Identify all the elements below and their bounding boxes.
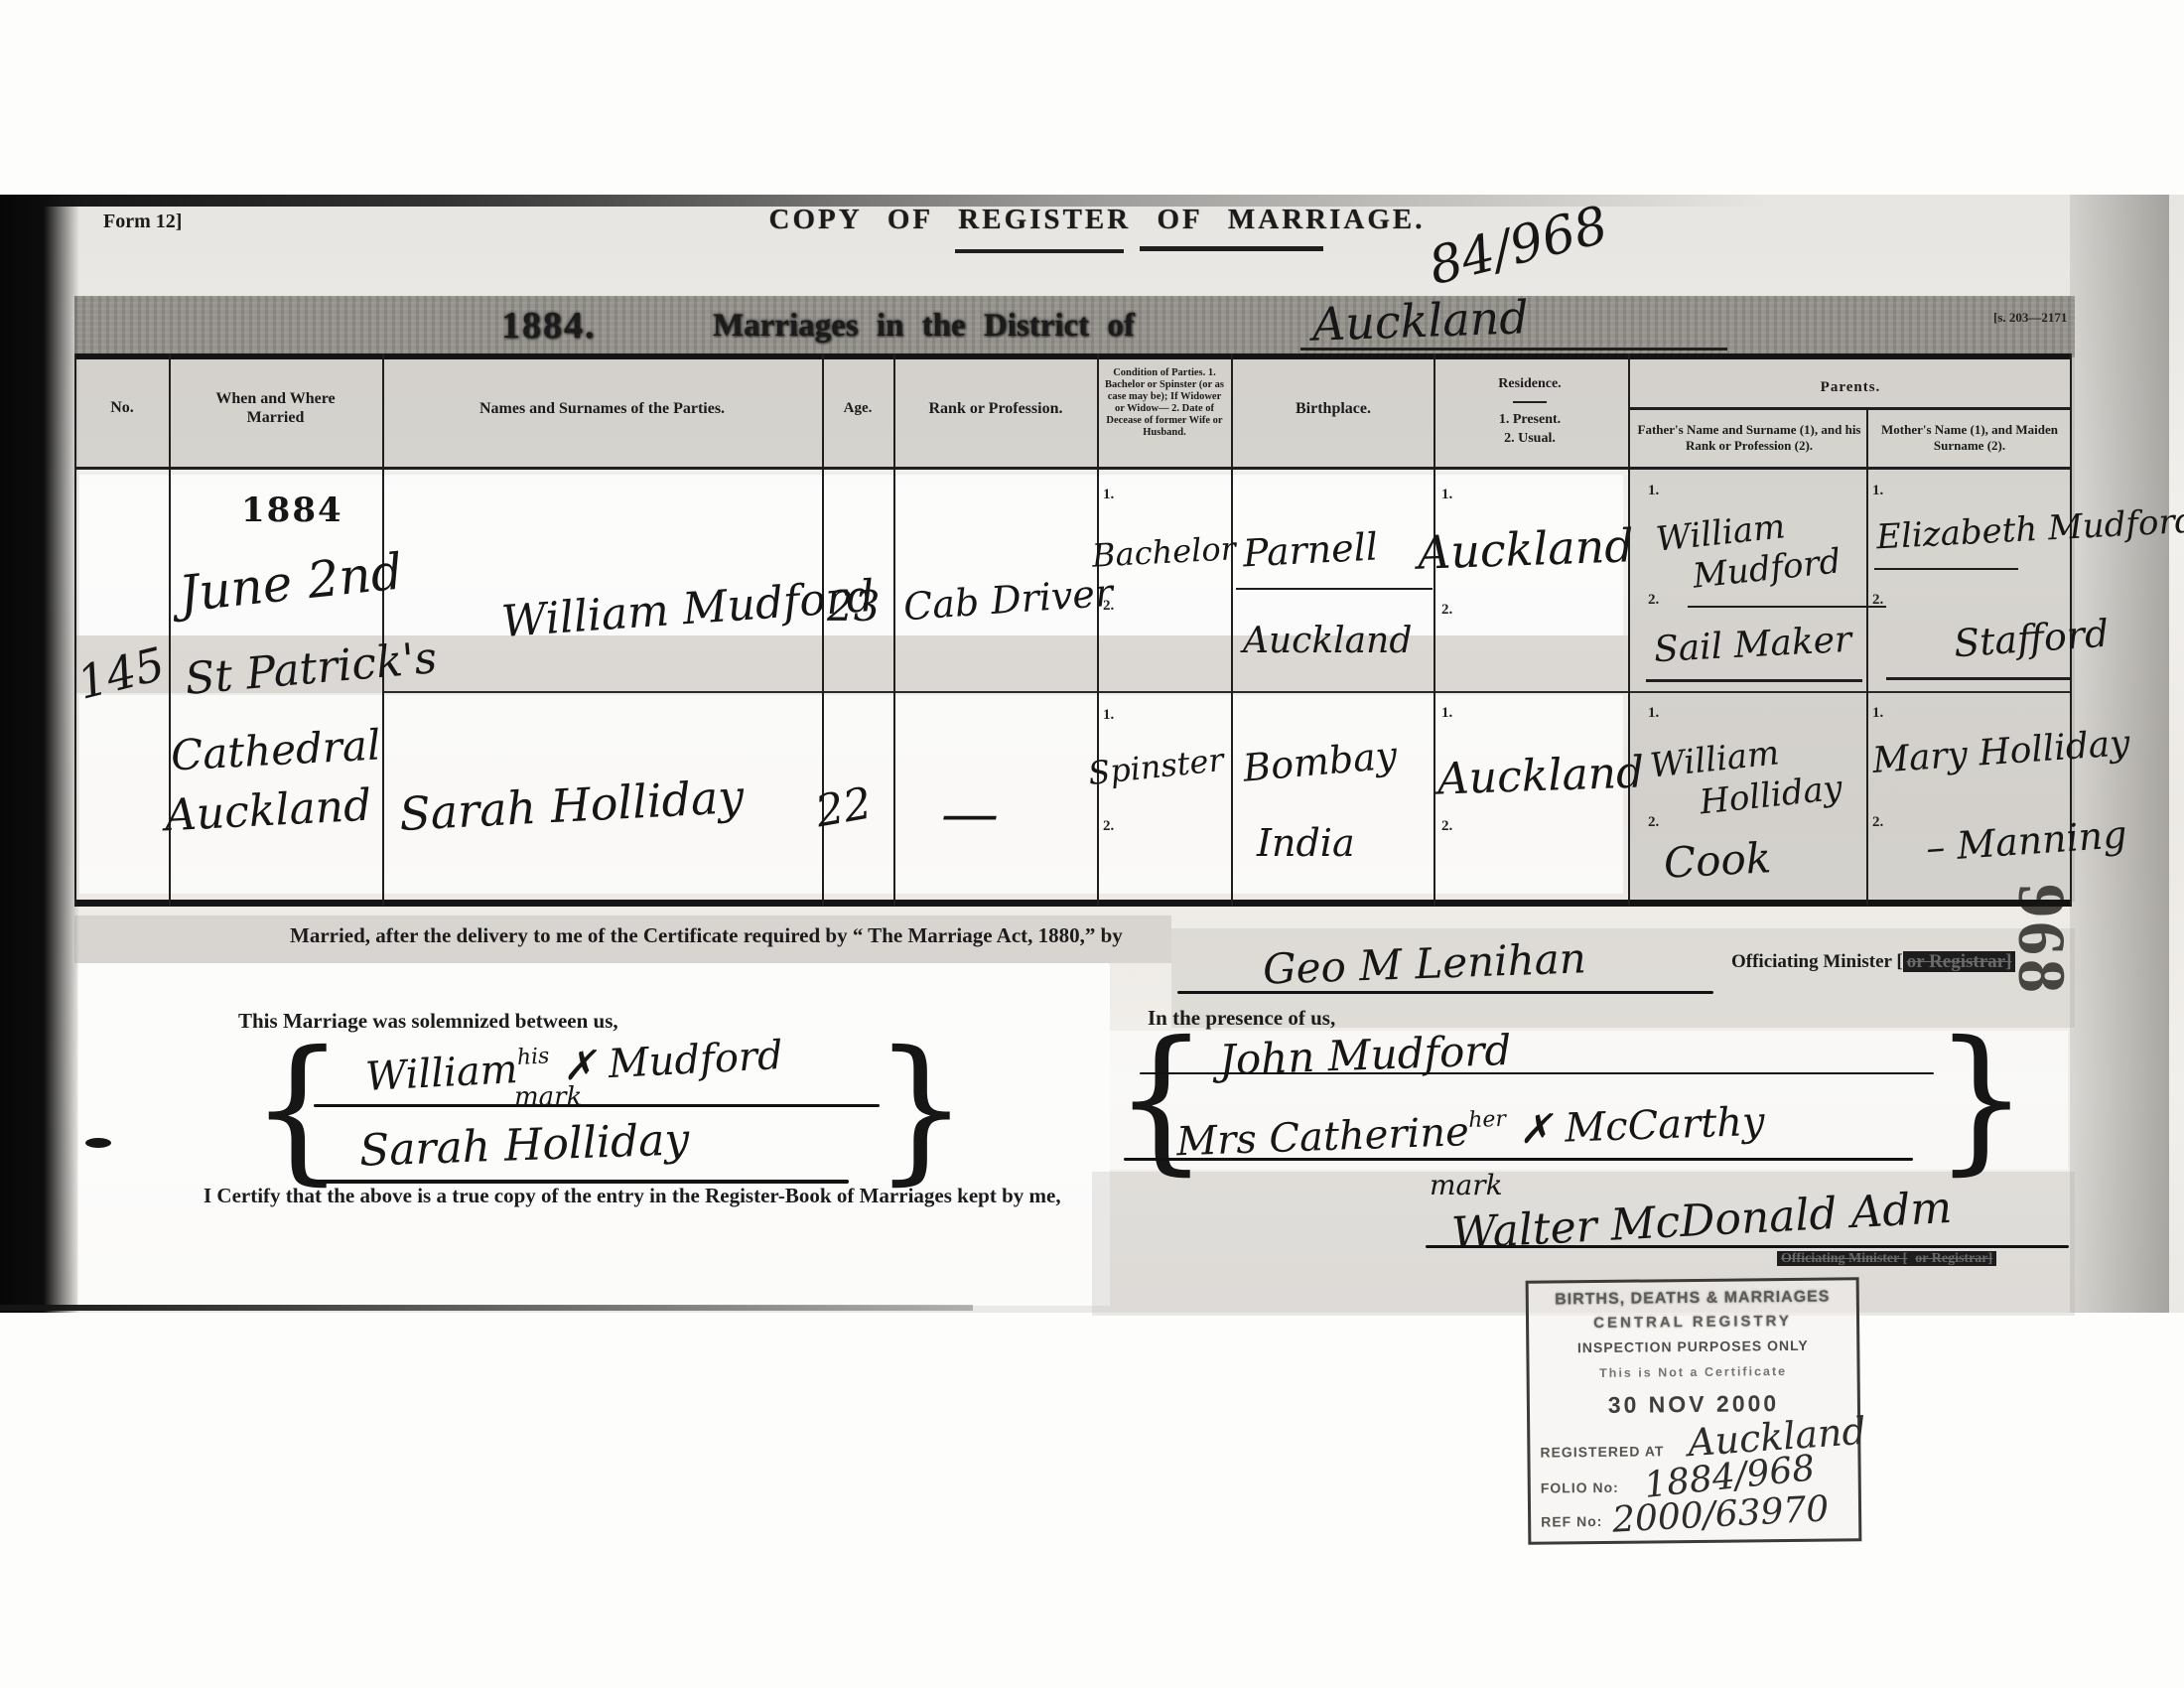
registrar-signature-line (1426, 1245, 2069, 1248)
condition-marker-1-row1: 1. (1103, 487, 1114, 503)
groom-residence: Auckland (1417, 522, 1634, 576)
col-header-mother: Mother's Name (1), and Maiden Surname (2… (1872, 422, 2067, 455)
col-header-when-where-line1: When and Where (215, 390, 335, 407)
grid-v-whenwhere (382, 353, 384, 906)
band-statute-ref: [s. 203—2171 (1993, 310, 2067, 326)
bride-condition: Spinster (1087, 744, 1225, 789)
father-marker-2-row2: 2. (1648, 814, 1659, 831)
groom-mother-maiden-underline (1886, 677, 2071, 680)
groom-birthplace-underline (1236, 588, 1433, 590)
witness2-mark-word: mark (1430, 1172, 1503, 1199)
parents-subheader-border (1628, 407, 2072, 410)
registrar-label-struck: or Registrar] (1911, 1251, 1996, 1266)
groom-father-rank: Sail Maker (1653, 623, 1852, 668)
bride-rank-dash: — (941, 784, 996, 842)
band-district-handwritten: Auckland (1311, 294, 1529, 348)
grid-v-age (893, 353, 895, 906)
groom-signature-his: his (516, 1044, 550, 1070)
bride-mother-maiden: – Manning (1925, 815, 2128, 867)
bride-residence: Auckland (1436, 751, 1645, 801)
groom-mother-maiden: Stafford (1953, 615, 2111, 663)
minister-label: Officiating Minister [or Registrar] (1731, 951, 2015, 973)
col-header-father: Father's Name and Surname (1), and his R… (1636, 422, 1862, 455)
groom-father-name-underline (1688, 606, 1886, 608)
stamp-line1: BIRTHS, DEATHS & MARRIAGES (1529, 1288, 1856, 1309)
residence-header-title: Residence. (1498, 376, 1561, 391)
grid-v-birthplace (1433, 353, 1435, 906)
residence-marker-1-row2: 1. (1441, 705, 1452, 722)
witness2-signature: Mrs Catherineher ✗ McCarthy (1175, 1100, 1765, 1163)
couple-brace-right: } (874, 1031, 968, 1188)
groom-father-rank-underline (1646, 679, 1862, 682)
mother-marker-1-row1: 1. (1872, 483, 1883, 499)
col-header-rank: Rank or Profession. (898, 400, 1093, 418)
married-statement: Married, after the delivery to me of the… (290, 923, 1223, 948)
col-header-no: No. (77, 399, 167, 417)
bride-birthplace-line1: Bombay (1242, 736, 1399, 786)
father-marker-2-row1: 2. (1648, 592, 1659, 609)
witness2-x-mark: ✗ (1518, 1106, 1553, 1153)
mother-marker-2-row2: 2. (1872, 814, 1883, 831)
minister-label-struck: or Registrar] (1903, 951, 2016, 972)
row-separator (382, 691, 2070, 693)
stamp-ref-label: REF No: (1541, 1513, 1602, 1530)
registrar-label: Officiating Minister [or Registrar] (1777, 1251, 1996, 1267)
scan-left-black-bar (0, 195, 79, 1313)
bride-birthplace-line2: India (1257, 824, 1355, 862)
entry-date: June 2nd (177, 546, 405, 619)
groom-mark-word: mark (514, 1084, 582, 1110)
band-title: Marriages in the District of (713, 308, 1135, 345)
page-title: COPY OF REGISTER OF MARRIAGE. (754, 204, 1439, 236)
minister-signature: Geo M Lenihan (1262, 937, 1586, 990)
grid-v-residence (1628, 353, 1630, 906)
grid-v-parents-split (1866, 407, 1868, 906)
bride-father-rank: Cook (1663, 837, 1772, 885)
stamp-registered-at-label: REGISTERED AT (1540, 1443, 1664, 1460)
condition-marker-2-row2: 2. (1103, 818, 1114, 835)
groom-age: 23 (827, 586, 880, 628)
groom-condition: Bachelor (1091, 532, 1236, 572)
scanned-marriage-register-document: 968 Form 12] COPY OF REGISTER OF MARRIAG… (0, 0, 2184, 1688)
bride-age: 22 (813, 781, 876, 834)
form-number: Form 12] (103, 211, 182, 233)
registration-number-handwritten: 84/968 (1424, 200, 1612, 294)
title-underline-1 (955, 249, 1124, 253)
stamp-line2: CENTRAL REGISTRY (1529, 1312, 1856, 1332)
stamp-line4: This is Not a Certificate (1530, 1363, 1857, 1380)
groom-birthplace-line1: Parnell (1242, 527, 1379, 572)
grid-v-rank (1097, 353, 1099, 906)
certify-statement: I Certify that the above is a true copy … (204, 1184, 1166, 1208)
groom-signature-last: Mudford (608, 1033, 784, 1087)
witness2-her: her (1468, 1107, 1507, 1133)
stamp-line3: INSPECTION PURPOSES ONLY (1529, 1336, 1856, 1355)
groom-mother-name-underline (1874, 568, 2018, 570)
col-header-when-where: When and Where Married (174, 389, 377, 427)
table-top-border (74, 353, 2072, 359)
residence-marker-1-row1: 1. (1441, 487, 1452, 503)
col-header-birthplace: Birthplace. (1239, 400, 1428, 418)
col-header-residence: Residence. 1. Present. 2. Usual. (1437, 375, 1622, 448)
groom-mother-name: Elizabeth Mudford (1875, 504, 2184, 555)
condition-marker-1-row2: 1. (1103, 707, 1114, 724)
col-header-parents: Parents. (1633, 379, 2068, 396)
grid-v-condition (1231, 353, 1233, 906)
col-header-age: Age. (822, 400, 893, 417)
residence-header-usual: 2. Usual. (1504, 431, 1556, 446)
witness1-signature-line (1140, 1072, 1934, 1074)
minister-label-text: Officiating Minister [ (1731, 951, 1903, 972)
entry-year: 1884 (241, 493, 343, 527)
witness2-surname: McCarthy (1564, 1099, 1765, 1152)
groom-rank: Cab Driver (902, 574, 1114, 627)
col-header-names: Names and Surnames of the Parties. (387, 400, 817, 418)
witness2-signature-line (1124, 1158, 1913, 1161)
band-district-underline (1300, 348, 1727, 351)
couple-brace-left: { (250, 1031, 344, 1188)
groom-name: William Mudford (500, 575, 876, 644)
scan-left-blob (85, 1138, 111, 1148)
witness-brace-right: } (1934, 1021, 2028, 1178)
residence-marker-2-row1: 2. (1441, 602, 1452, 619)
band-year: 1884. (501, 304, 597, 348)
father-marker-1-row2: 1. (1648, 705, 1659, 722)
mother-marker-1-row2: 1. (1872, 705, 1883, 722)
scan-bottom-edge (0, 1305, 973, 1311)
bride-mother-maiden-text: Manning (1956, 812, 2128, 868)
table-header-bottom-border (74, 467, 2072, 470)
col-header-condition: Condition of Parties. 1. Bachelor or Spi… (1102, 367, 1227, 439)
registrar-label-text: Officiating Minister [ (1777, 1251, 1911, 1266)
bride-mother-name: Mary Holliday (1871, 726, 2131, 779)
minister-signature-line (1177, 991, 1713, 994)
groom-signature-first: William (364, 1047, 519, 1100)
entry-place-line2: Cathedral (170, 724, 381, 776)
residence-marker-2-row2: 2. (1441, 818, 1452, 835)
residence-header-present: 1. Present. (1499, 412, 1561, 427)
col-header-when-where-line2: Married (247, 409, 305, 426)
father-marker-1-row1: 1. (1648, 483, 1659, 499)
entry-place-line3: Auckland (164, 784, 372, 839)
groom-signature-line (314, 1104, 880, 1107)
witness2-prefix: Mrs Catherine (1175, 1109, 1469, 1165)
table-bottom-border (74, 900, 2072, 907)
groom-birthplace-line2: Auckland (1243, 624, 1412, 659)
stamp-folio-label: FOLIO No: (1541, 1479, 1619, 1496)
grid-v-left (74, 353, 76, 906)
bride-signature: Sarah Holliday (358, 1118, 690, 1174)
entry-number: 145 (73, 640, 169, 706)
residence-header-rule (1513, 401, 1547, 403)
title-underline-2 (1140, 246, 1323, 251)
bride-name: Sarah Holliday (398, 774, 745, 837)
